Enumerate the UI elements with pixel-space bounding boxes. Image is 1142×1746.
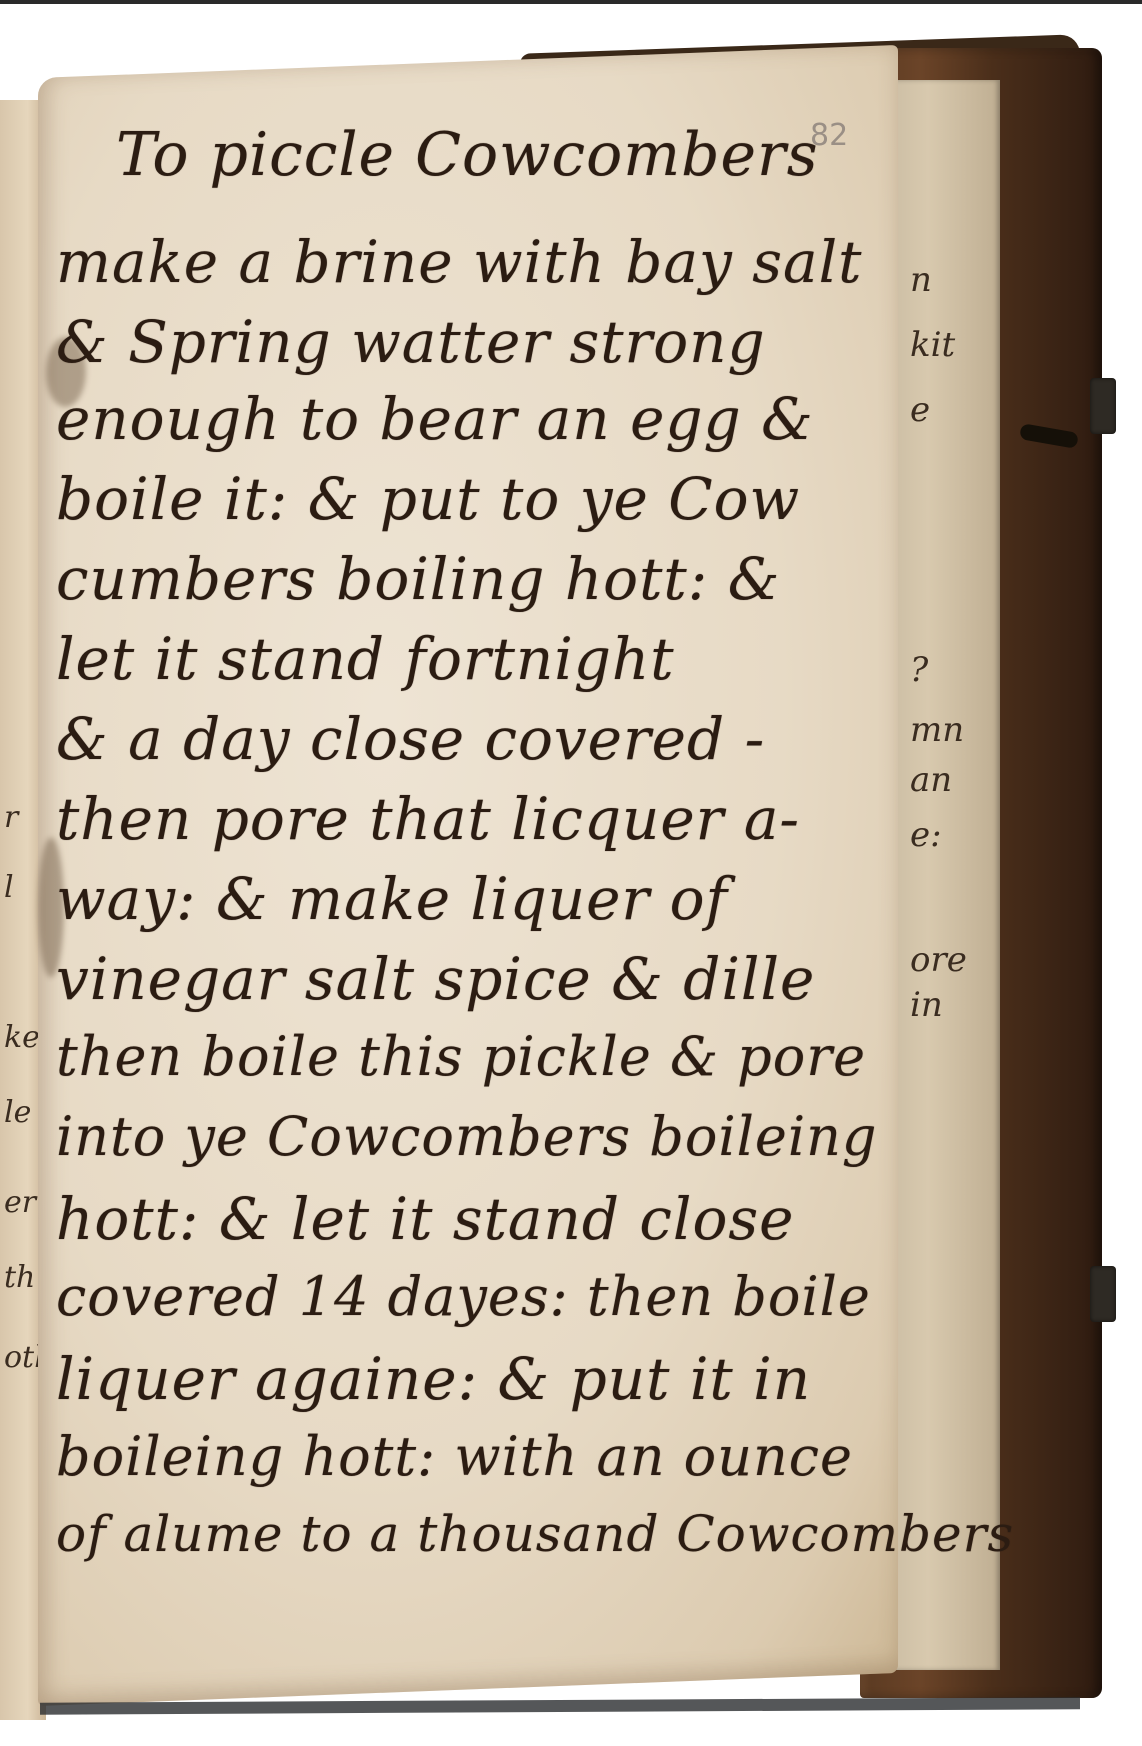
margin-fragment: ore (910, 940, 967, 980)
recipe-line: enough to bear an egg & (56, 385, 814, 453)
recipe-line: then pore that licquer a- (56, 785, 800, 853)
top-border (0, 0, 1142, 4)
recipe-line: & a day close covered - (56, 705, 765, 773)
recipe-line: of alume to a thousand Cowcombers (56, 1505, 1014, 1563)
recipe-line: way: & make liquer of (56, 865, 728, 933)
margin-fragment: n (910, 260, 932, 300)
margin-fragment: ke (4, 1020, 40, 1055)
margin-fragment: an (910, 760, 952, 800)
margin-fragment: mn (910, 710, 964, 750)
margin-fragment: er (4, 1185, 36, 1220)
recipe-line: make a brine with bay salt (56, 228, 862, 296)
recipe-line: boile it: & put to ye Cow (56, 465, 800, 533)
recipe-title: To piccle Cowcombers (116, 120, 819, 190)
underlying-page-right: n kit e ? mn an e: ore in (880, 80, 1000, 1670)
recipe-line: hott: & let it stand close (56, 1185, 794, 1253)
margin-fragment: in (910, 985, 943, 1025)
recipe-line: & Spring watter strong (56, 308, 766, 376)
margin-fragment: e (910, 390, 930, 430)
margin-fragment: e: (910, 815, 942, 855)
clasp-icon-top (1090, 378, 1116, 434)
recipe-line: into ye Cowcombers boileing (56, 1105, 877, 1168)
margin-fragment: kit (910, 325, 955, 365)
recipe-line: let it stand fortnight (56, 625, 675, 693)
recipe-line: vinegar salt spice & dille (56, 945, 815, 1013)
recipe-line: cumbers boiling hott: & (56, 545, 780, 613)
margin-fragment: le (4, 1095, 31, 1130)
margin-fragment: l (4, 870, 14, 905)
recipe-line: liquer againe: & put it in (56, 1345, 811, 1413)
recipe-line: covered 14 dayes: then boile (56, 1265, 871, 1328)
margin-fragment: r (4, 800, 18, 835)
recipe-line: then boile this pickle & pore (56, 1025, 866, 1088)
margin-fragment: ? (910, 650, 928, 690)
margin-fragment: th (4, 1260, 35, 1295)
clasp-icon-bottom (1090, 1266, 1116, 1322)
recipe-line: boileing hott: with an ounce (56, 1425, 853, 1488)
